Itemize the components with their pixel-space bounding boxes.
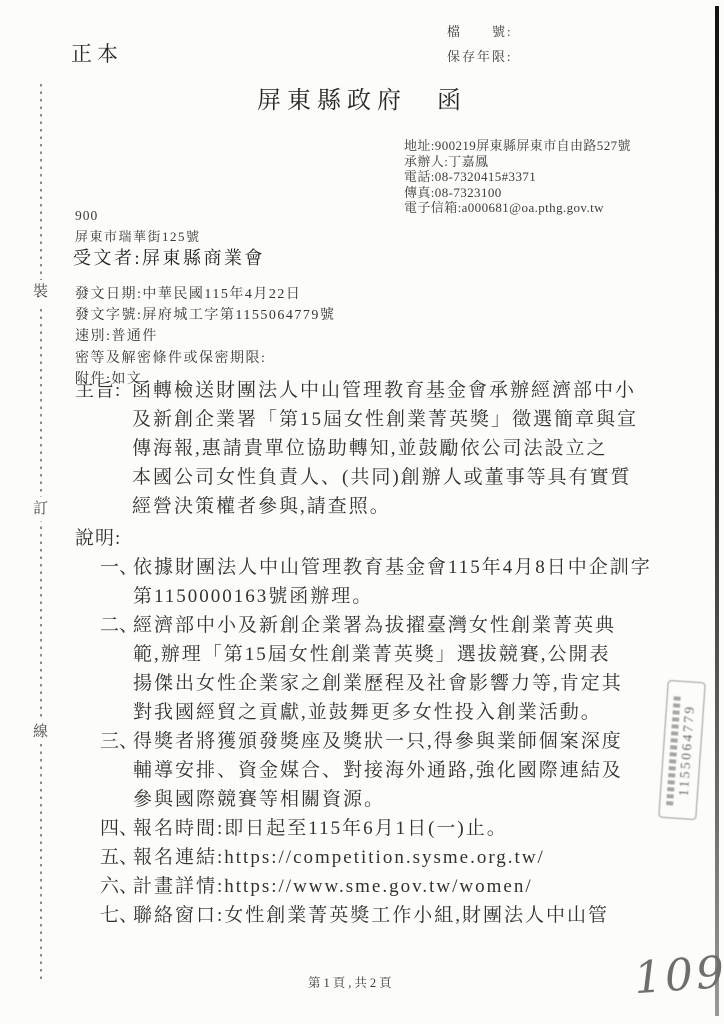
item-text: 經濟部中小及新創企業署為拔擢臺灣女性創業菁英典 範,辦理「第15屆女性創業菁英獎… — [133, 611, 709, 727]
retention-period-label: 保存年限: — [447, 44, 513, 69]
page-number-footer: 第1頁,共2頁 — [308, 973, 395, 991]
item-number: 七、 — [100, 901, 133, 930]
binding-char-zhuang: 裝 — [31, 280, 50, 304]
subject-label: 主旨: — [75, 376, 132, 521]
document-title: 屏東縣政府 函 — [0, 80, 724, 115]
explanation-item-1: 一、 依據財團法人中山管理教育基金會115年4月8日中企訓字 第11500001… — [100, 553, 709, 611]
recipient-postal-code: 900 — [75, 208, 98, 224]
item-number: 五、 — [100, 843, 133, 872]
item-number: 四、 — [100, 814, 133, 843]
subject-text: 函轉檢送財團法人中山管理教育基金會承辦經濟部中小 及新創企業署「第15屆女性創業… — [132, 376, 709, 521]
item-number: 一、 — [100, 553, 133, 611]
handwritten-number: 109 — [632, 947, 724, 1004]
binding-char-ding: 訂 — [31, 497, 50, 521]
item-text: 報名時間:即日起至115年6月1日(一)止。 — [133, 814, 709, 843]
explanation-item-5: 五、 報名連結:https://competition.sysme.org.tw… — [100, 843, 709, 872]
item-text: 得獎者將獲頒發獎座及獎狀一只,得參與業師個案深度 輔導安排、資金媒合、對接海外通… — [133, 727, 709, 814]
scanned-official-letter-page: 裝 訂 線 正本 檔 號: 保存年限: 屏東縣政府 函 地址:900219屏東縣… — [0, 0, 724, 1024]
document-meta-block: 發文日期:中華民國115年4月22日 發文字號:屏府城工字第1155064779… — [75, 284, 335, 390]
explanation-label: 說明: — [75, 524, 709, 553]
agency-contact-block: 地址:900219屏東縣屏東市自由路527號 承辦人:丁嘉鳳 電話:08-732… — [404, 138, 631, 216]
copy-type-label: 正本 — [71, 38, 123, 68]
item-text-info-url: 計畫詳情:https://www.sme.gov.tw/women/ — [133, 872, 709, 901]
item-text: 聯絡窗口:女性創業菁英獎工作小組,財團法人中山管 — [133, 901, 709, 930]
explanation-item-7: 七、 聯絡窗口:女性創業菁英獎工作小組,財團法人中山管 — [100, 901, 709, 930]
item-number: 二、 — [100, 611, 133, 727]
item-text-registration-url: 報名連結:https://competition.sysme.org.tw/ — [133, 843, 709, 872]
item-number: 三、 — [100, 727, 133, 814]
explanation-item-4: 四、 報名時間:即日起至115年6月1日(一)止。 — [100, 814, 709, 843]
scan-edge-line — [715, 6, 719, 1016]
binding-char-xian: 線 — [31, 720, 50, 744]
recipient-line: 受文者:屏東縣商業會 — [73, 244, 265, 270]
subject-paragraph: 主旨: 函轉檢送財團法人中山管理教育基金會承辦經濟部中小 及新創企業署「第15屆… — [75, 376, 709, 521]
explanation-item-2: 二、 經濟部中小及新創企業署為拔擢臺灣女性創業菁英典 範,辦理「第15屆女性創業… — [100, 611, 709, 727]
explanation-item-6: 六、 計畫詳情:https://www.sme.gov.tw/women/ — [100, 872, 709, 901]
item-number: 六、 — [100, 872, 133, 901]
recipient-street-address: 屏東市瑞華街125號 — [75, 226, 201, 245]
explanation-item-3: 三、 得獎者將獲頒發獎座及獎狀一只,得參與業師個案深度 輔導安排、資金媒合、對接… — [100, 727, 709, 814]
item-text: 依據財團法人中山管理教育基金會115年4月8日中企訓字 第1150000163號… — [133, 553, 709, 611]
file-number-block: 檔 號: 保存年限: — [447, 19, 513, 69]
binding-dotted-line — [40, 84, 42, 984]
file-number-label: 檔 號: — [447, 19, 513, 44]
letter-body: 主旨: 函轉檢送財團法人中山管理教育基金會承辦經濟部中小 及新創企業署「第15屆… — [75, 376, 709, 930]
